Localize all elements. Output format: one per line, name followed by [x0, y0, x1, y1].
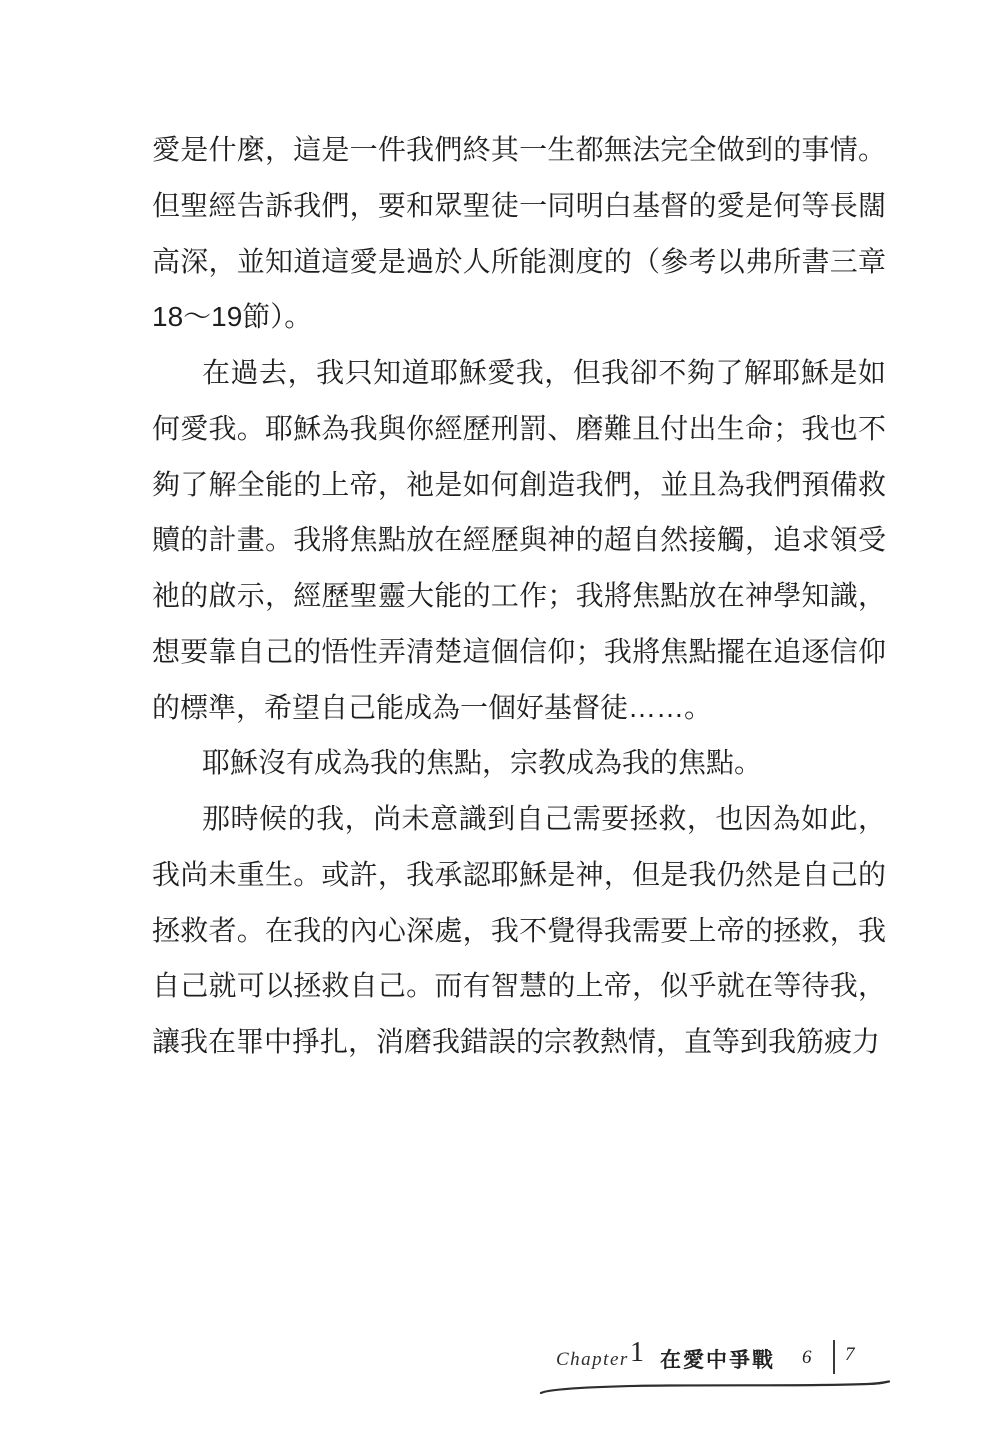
body-paragraph: 耶穌沒有成為我的焦點，宗教成為我的焦點。	[152, 735, 886, 791]
page-number-divider	[833, 1340, 835, 1374]
body-paragraph: 那時候的我，尚未意識到自己需要拯救，也因為如此，我尚未重生。或許，我承認耶穌是神…	[152, 791, 886, 1070]
book-page: 愛是什麼，這是一件我們終其一生都無法完全做到的事情。但聖經告訴我們，要和眾聖徒一…	[0, 0, 1000, 1439]
chapter-label: Chapter	[556, 1349, 629, 1371]
page-body-text: 愛是什麼，這是一件我們終其一生都無法完全做到的事情。但聖經告訴我們，要和眾聖徒一…	[152, 122, 886, 1070]
chapter-number: 1	[630, 1337, 644, 1369]
chapter-title: 在愛中爭戰	[660, 1344, 775, 1374]
body-paragraph: 愛是什麼，這是一件我們終其一生都無法完全做到的事情。但聖經告訴我們，要和眾聖徒一…	[152, 122, 886, 345]
page-number-left: 6	[802, 1347, 812, 1369]
footer-underline-stroke	[538, 1379, 892, 1397]
page-number-right: 7	[845, 1344, 855, 1366]
body-paragraph: 在過去，我只知道耶穌愛我，但我卻不夠了解耶穌是如何愛我。耶穌為我與你經歷刑罰、磨…	[152, 345, 886, 735]
page-footer: Chapter 1 在愛中爭戰 6 7	[0, 1335, 1000, 1415]
